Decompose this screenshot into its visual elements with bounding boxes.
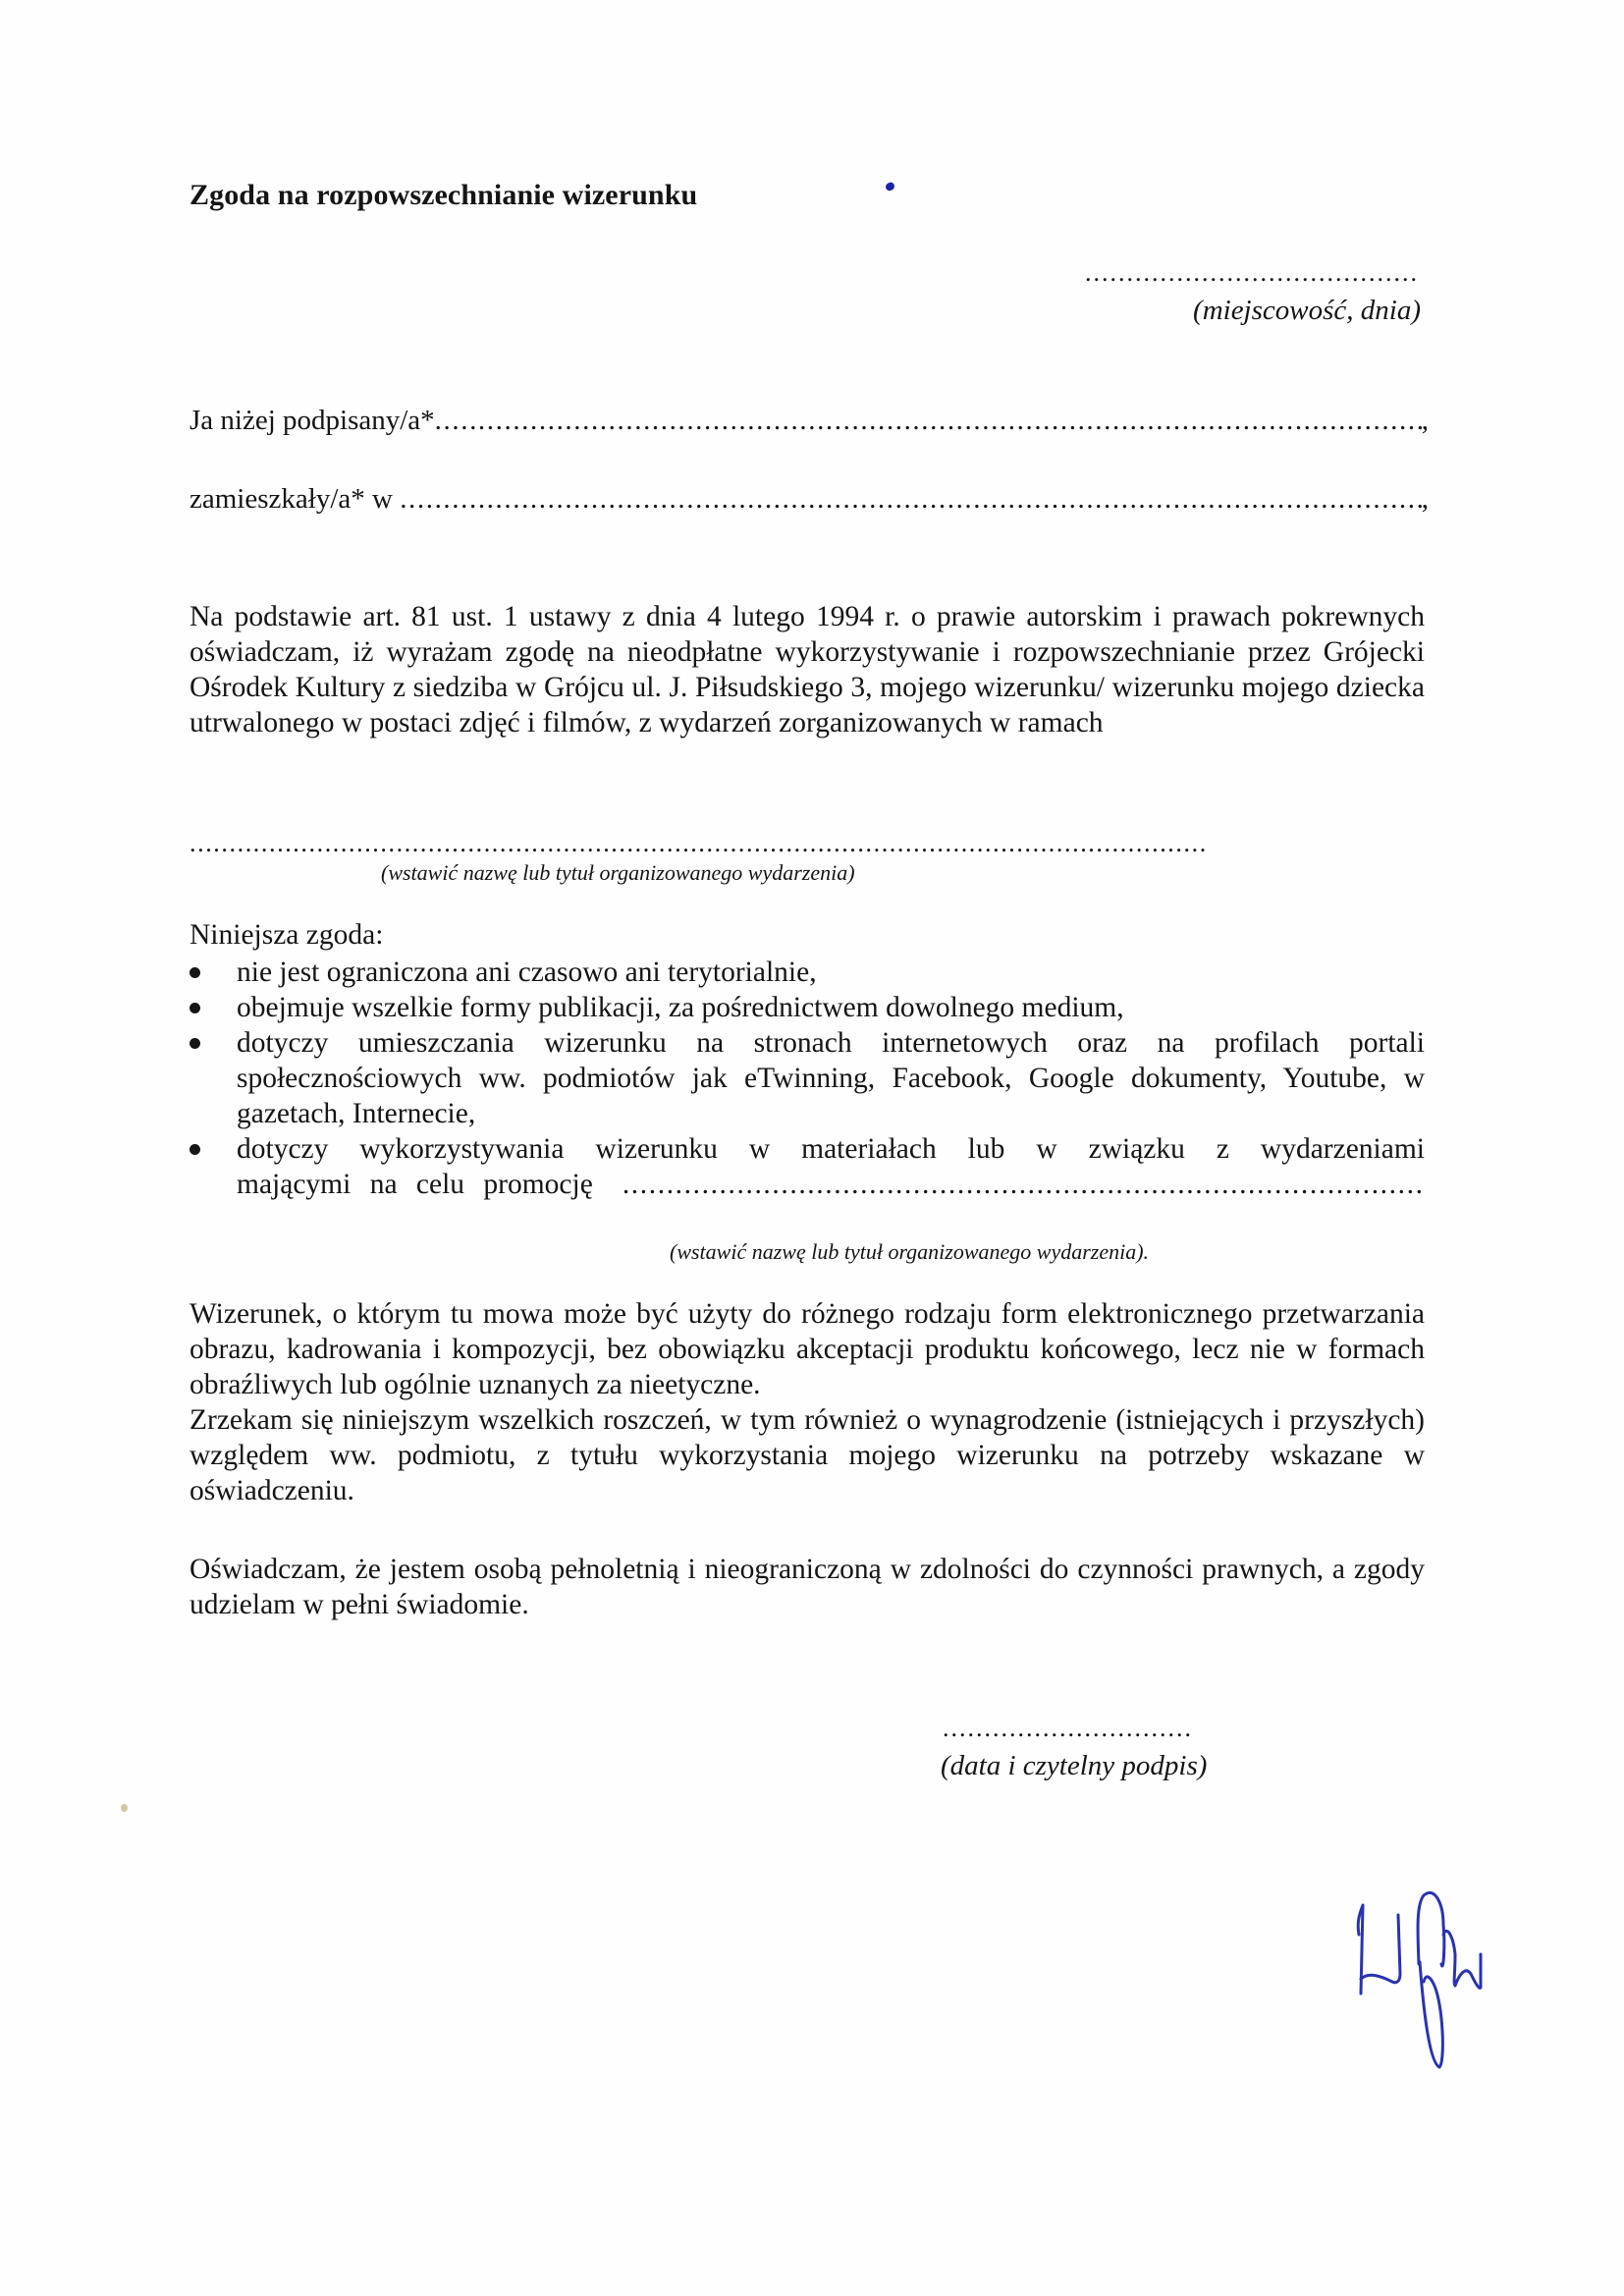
signer-name-field[interactable]: ........................................… <box>435 405 1422 437</box>
scan-speck <box>121 1804 128 1812</box>
promo-line: mającymi na celu promocję ..............… <box>189 1167 1425 1202</box>
residence-comma: , <box>1422 483 1429 516</box>
signer-name-comma: , <box>1422 405 1429 437</box>
signature-caption: (data i czytelny podpis) <box>941 1750 1207 1782</box>
bullet-icon <box>189 1003 200 1013</box>
consent-item-text: dotyczy umieszczania wizerunku na strona… <box>237 1027 1425 1129</box>
consent-item-text: dotyczy wykorzystywania wizerunku w mate… <box>237 1133 1425 1165</box>
promo-event-field[interactable]: ........................................… <box>623 1167 1425 1202</box>
bullet-icon <box>189 1144 200 1155</box>
waiver-paragraph: Zrzekam się niniejszym wszelkich roszcze… <box>189 1402 1425 1508</box>
handwritten-signature <box>1345 1866 1502 2072</box>
consent-item-text: obejmuje wszelkie formy publikacji, za p… <box>237 992 1124 1023</box>
consent-intro: Niniejsza zgoda: <box>189 919 383 952</box>
bullet-icon <box>189 1038 200 1049</box>
document-title: Zgoda na rozpowszechnianie wizerunku <box>189 179 697 212</box>
pen-mark <box>885 182 895 192</box>
consent-item: dotyczy umieszczania wizerunku na strona… <box>189 1025 1425 1131</box>
declaration-paragraph: Oświadczam, że jestem osobą pełnoletnią … <box>189 1552 1425 1622</box>
consent-item-text: nie jest ograniczona ani czasowo ani ter… <box>237 957 817 988</box>
event-name-caption: (wstawić nazwę lub tytuł organizowanego … <box>381 860 855 886</box>
event-name-field[interactable]: ........................................… <box>189 829 1287 858</box>
image-usage-paragraph: Wizerunek, o którym tu mowa może być uży… <box>189 1296 1425 1402</box>
consent-list: nie jest ograniczona ani czasowo ani ter… <box>189 955 1425 1202</box>
promo-label: mającymi na celu promocję <box>237 1167 593 1202</box>
place-date-field[interactable]: ........................................ <box>1016 258 1419 288</box>
consent-item: obejmuje wszelkie formy publikacji, za p… <box>189 990 1425 1025</box>
consent-item: nie jest ograniczona ani czasowo ani ter… <box>189 955 1425 990</box>
consent-item: dotyczy wykorzystywania wizerunku w mate… <box>189 1131 1425 1167</box>
promo-event-caption: (wstawić nazwę lub tytuł organizowanego … <box>670 1239 1149 1265</box>
legal-basis-paragraph: Na podstawie art. 81 ust. 1 ustawy z dni… <box>189 599 1425 740</box>
residence-line: zamieszkały/a* w .......................… <box>189 483 1429 516</box>
bullet-icon <box>189 967 200 978</box>
residence-field[interactable]: ........................................… <box>400 483 1422 516</box>
place-date-caption: (miejscowość, dnia) <box>1193 295 1421 327</box>
residence-label: zamieszkały/a* w <box>189 483 400 516</box>
signature-field[interactable]: .............................. <box>943 1714 1267 1743</box>
signer-name-line: Ja niżej podpisany/a* ..................… <box>189 405 1429 437</box>
signer-name-label: Ja niżej podpisany/a* <box>189 405 435 437</box>
